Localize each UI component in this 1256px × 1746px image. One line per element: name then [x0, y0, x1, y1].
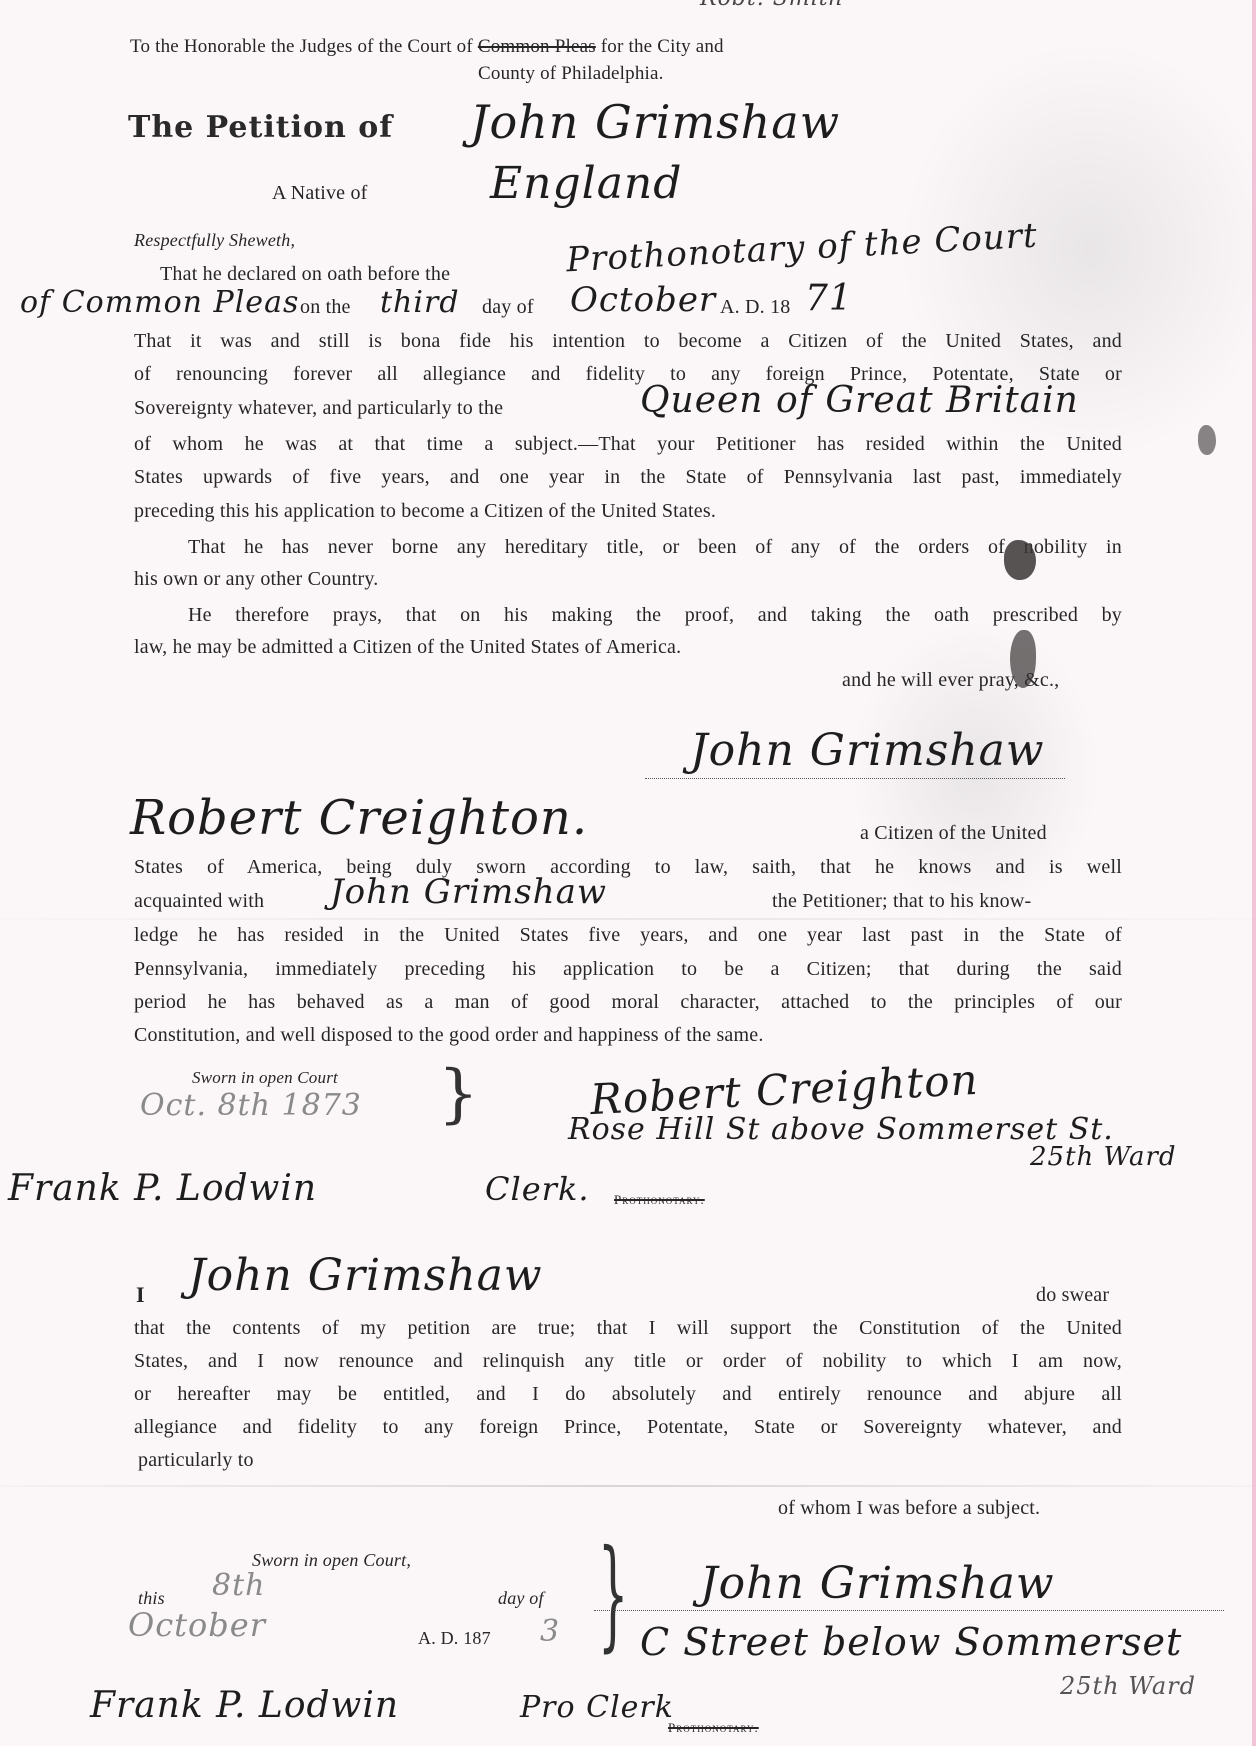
witness-sworn-label: Sworn in open Court: [192, 1068, 338, 1088]
oath-day: 8th: [212, 1568, 265, 1603]
oath-signature-line: [594, 1610, 1224, 1611]
petitioner-name: John Grimshaw: [470, 95, 840, 149]
nobility-text-line: his own or any other Country.: [134, 568, 1122, 591]
oath-name: John Grimshaw: [188, 1250, 543, 1301]
oath-signature: John Grimshaw: [700, 1558, 1055, 1609]
witness-text-line: Pennsylvania, immediately preceding his …: [134, 958, 1122, 981]
oath-text-line: States, and I now renounce and relinquis…: [134, 1350, 1122, 1373]
day-of-label: day of: [482, 296, 534, 319]
struck-prothonotary: Prothonotary.: [614, 1192, 705, 1208]
witness-text-line: ledge he has resided in the United State…: [134, 924, 1122, 947]
oath-address-line-1: C Street below Sommerset: [640, 1620, 1182, 1664]
petition-title: The Petition of: [128, 110, 393, 145]
court-address-line-2: County of Philadelphia.: [478, 63, 664, 85]
prays-text-line: law, he may be admitted a Citizen of the…: [134, 636, 1122, 659]
declared-month: October: [570, 280, 716, 320]
native-country: England: [490, 158, 682, 209]
on-the-label: on the: [300, 296, 351, 319]
petition-text-line: That it was and still is bona fide his i…: [134, 330, 1122, 353]
ink-blot: [1004, 540, 1036, 580]
acquainted-prefix: acquainted with: [134, 890, 264, 913]
paper-fold: [0, 918, 1256, 920]
petition-text-line: States upwards of five years, and one ye…: [134, 466, 1122, 489]
witness-text-line: Constitution, and well disposed to the g…: [134, 1024, 1122, 1047]
oath-year: 3: [540, 1614, 560, 1649]
brace: }: [438, 1062, 479, 1126]
subject-label: of whom I was before a subject.: [778, 1497, 1040, 1520]
declared-day: third: [380, 285, 460, 320]
court-address-line-1: To the Honorable the Judges of the Court…: [130, 36, 724, 58]
oath-text-line: or hereafter may be entitled, and I do a…: [134, 1383, 1122, 1406]
witness-citizen-label: a Citizen of the United: [860, 822, 1047, 845]
top-scrawl: Robt. Smith: [700, 0, 844, 11]
oath-clerk-title-handwritten: Pro Clerk: [520, 1690, 674, 1725]
oath-ad-label: A. D. 187: [418, 1628, 491, 1649]
struck-court-name: Common Pleas: [478, 36, 596, 57]
ink-blot: [1198, 425, 1216, 455]
declared-prefix: That he declared on oath before the: [160, 263, 450, 286]
acquainted-name: John Grimshaw: [330, 872, 607, 912]
witness-text-line: period he has behaved as a man of good m…: [134, 991, 1122, 1014]
witness-name: Robert Creighton.: [130, 790, 588, 846]
oath-struck-prothonotary: Prothonotary.: [668, 1720, 759, 1736]
petitioner-signature: John Grimshaw: [690, 725, 1045, 776]
nobility-text-line: That he has never borne any hereditary t…: [188, 536, 1122, 559]
native-label: A Native of: [272, 182, 368, 205]
prays-text-line: He therefore prays, that on his making t…: [188, 604, 1122, 627]
witness-address-line-2: 25th Ward: [1030, 1142, 1177, 1172]
petition-text-line: of whom he was at that time a subject.—T…: [134, 433, 1122, 456]
declared-before-cont: of Common Pleas: [20, 285, 299, 320]
salutation: Respectfully Sheweth,: [134, 230, 295, 251]
petition-text-line: preceding this his application to become…: [134, 500, 1122, 523]
witness-text-line: States of America, being duly sworn acco…: [134, 856, 1122, 879]
acquainted-suffix: the Petitioner; that to his know-: [772, 890, 1031, 913]
oath-sworn-label: Sworn in open Court,: [252, 1550, 411, 1571]
oath-swear-label: do swear: [1036, 1284, 1109, 1307]
ink-blot: [1010, 630, 1036, 688]
signature-line: [645, 778, 1065, 779]
ad-label: A. D. 18: [720, 296, 791, 319]
witness-sworn-date: Oct. 8th 1873: [140, 1088, 362, 1123]
sovereign-prefix: Sovereignty whatever, and particularly t…: [134, 397, 503, 420]
oath-clerk-signature: Frank P. Lodwin: [90, 1685, 399, 1726]
declared-year: 71: [805, 278, 853, 319]
clerk-signature: Frank P. Lodwin: [8, 1168, 317, 1209]
sovereign-value: Queen of Great Britain: [640, 380, 1079, 421]
oath-text-line: that the contents of my petition are tru…: [134, 1317, 1122, 1340]
brace: }: [598, 1535, 629, 1655]
clerk-title-handwritten: Clerk.: [485, 1170, 590, 1208]
oath-i-label: I: [136, 1282, 145, 1308]
particularly-label: particularly to: [138, 1449, 254, 1472]
oath-text-line: allegiance and fidelity to any foreign P…: [134, 1416, 1122, 1439]
oath-day-of-label: day of: [498, 1588, 544, 1609]
oath-month: October: [128, 1606, 266, 1644]
oath-address-line-2: 25th Ward: [1060, 1672, 1196, 1700]
paper-fold: [0, 1485, 1256, 1487]
